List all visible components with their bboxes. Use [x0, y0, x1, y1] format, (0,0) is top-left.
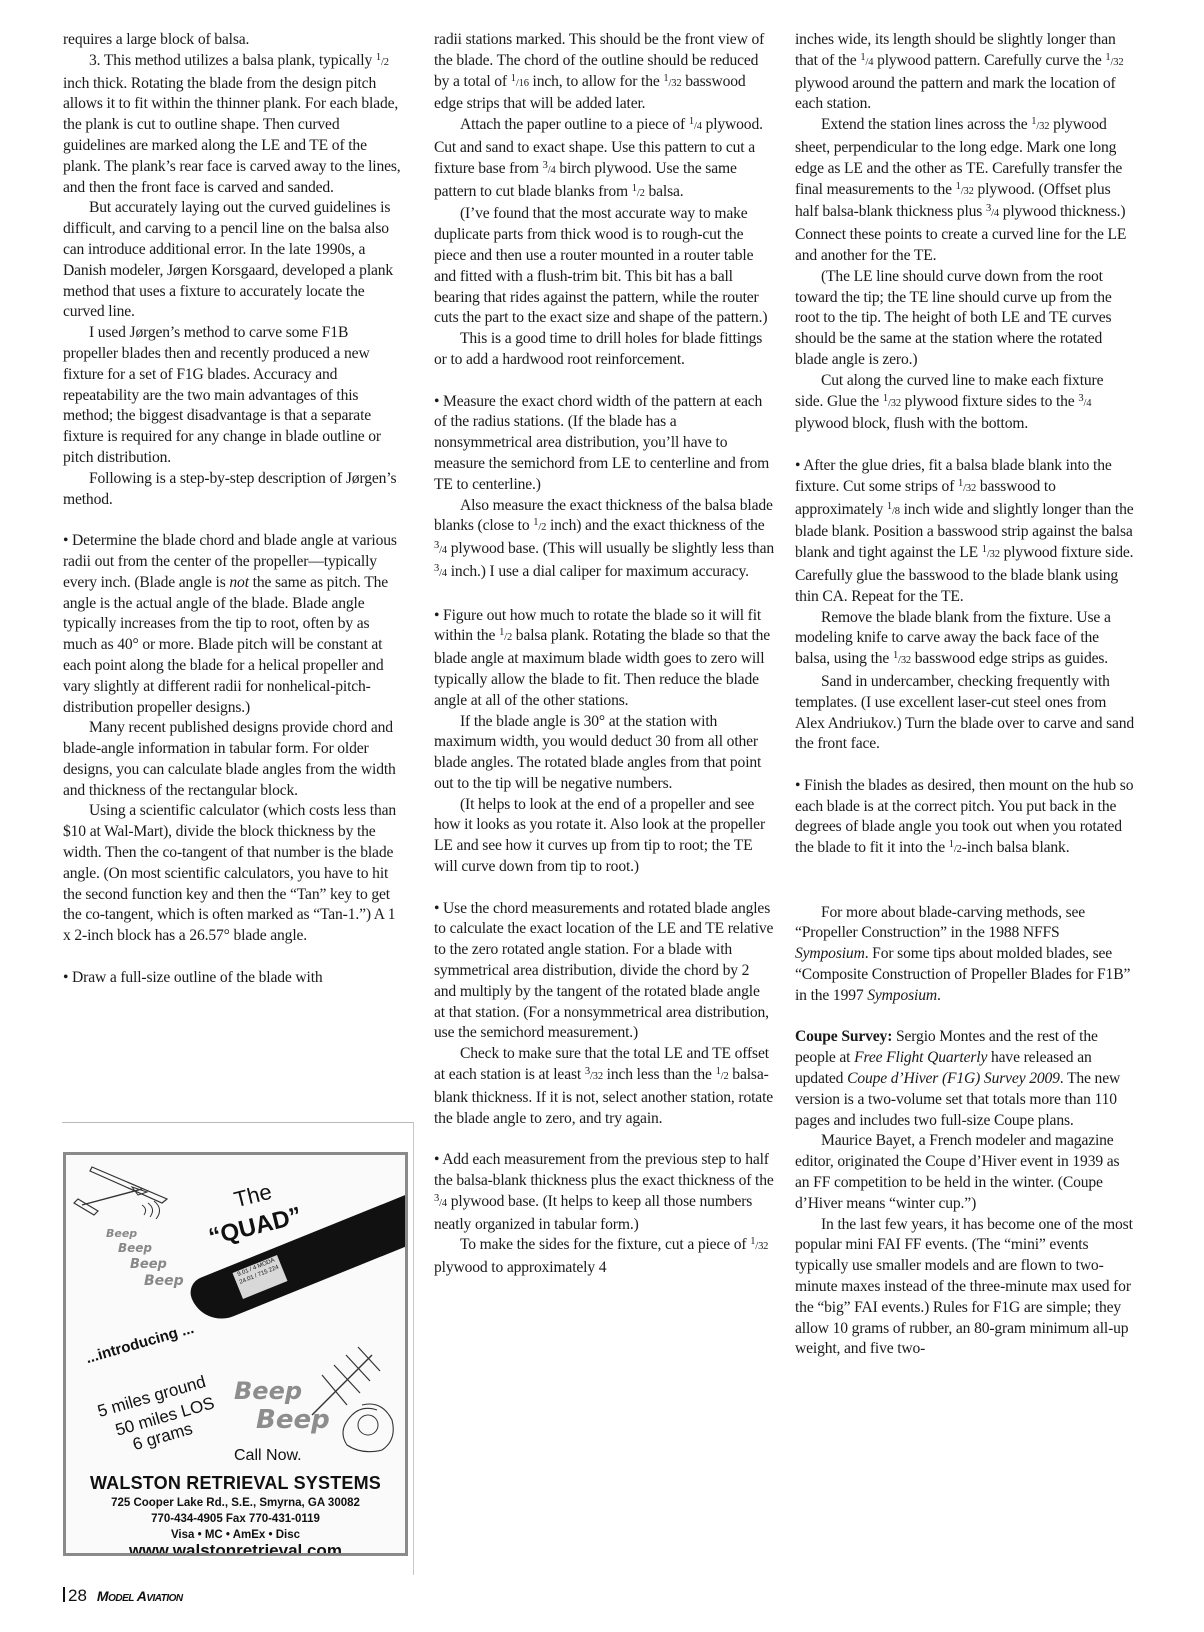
- beep-text: Beep: [118, 1241, 152, 1255]
- ad-payment-methods: Visa • MC • AmEx • Disc: [66, 1529, 405, 1541]
- bullet-paragraph: • Use the chord measurements and rotated…: [434, 899, 774, 1045]
- bullet-paragraph: • Figure out how much to rotate the blad…: [434, 606, 774, 712]
- beep-text: Beep: [130, 1257, 167, 1272]
- paragraph: Also measure the exact thickness of the …: [434, 496, 774, 585]
- ad-headline-the: The: [231, 1179, 274, 1213]
- paragraph: Many recent published designs provide ch…: [63, 718, 403, 801]
- ad-phone: 770-434-4905 Fax 770-431-0119: [66, 1513, 405, 1525]
- ad-company-name: WALSTON RETRIEVAL SYSTEMS: [66, 1473, 405, 1494]
- bullet-paragraph: • Finish the blades as desired, then mou…: [795, 776, 1135, 861]
- paragraph: Following is a step-by-step description …: [63, 469, 403, 511]
- beep-text: Beep: [106, 1227, 137, 1240]
- magazine-name: Model Aviation: [97, 1588, 183, 1604]
- ad-address: 725 Cooper Lake Rd., S.E., Smyrna, GA 30…: [66, 1497, 405, 1509]
- page-footer: 28Model Aviation: [63, 1586, 183, 1606]
- ad-website-link[interactable]: www.walstonretrieval.com: [66, 1541, 405, 1556]
- paragraph: (I’ve found that the most accurate way t…: [434, 204, 774, 329]
- ad-introducing: ...introducing ...: [84, 1320, 196, 1367]
- glider-plane-icon: [72, 1159, 192, 1229]
- paragraph: Remove the blade blank from the fixture.…: [795, 608, 1135, 672]
- paragraph: I used Jørgen’s method to carve some F1B…: [63, 323, 403, 469]
- paragraph: Attach the paper outline to a piece of 1…: [434, 115, 774, 204]
- bullet-paragraph: • Determine the blade chord and blade an…: [63, 531, 403, 718]
- paragraph: Sand in undercamber, checking frequently…: [795, 672, 1135, 755]
- paragraph: But accurately laying out the curved gui…: [63, 198, 403, 323]
- paragraph: (The LE line should curve down from the …: [795, 267, 1135, 371]
- article-column-3: inches wide, its length should be slight…: [795, 30, 1135, 1360]
- paragraph: If the blade angle is 30° at the station…: [434, 712, 774, 795]
- advertisement: Beep Beep Beep Beep The “QUAD” 9.01 / 4 …: [63, 1152, 408, 1556]
- paragraph: This is a good time to drill holes for b…: [434, 329, 774, 371]
- divider-horizontal: [62, 1122, 414, 1123]
- paragraph: Using a scientific calculator (which cos…: [63, 801, 403, 947]
- article-column-1: requires a large block of balsa. 3. This…: [63, 30, 403, 989]
- paragraph: 3. This method utilizes a balsa plank, t…: [63, 51, 403, 199]
- paragraph: (It helps to look at the end of a propel…: [434, 795, 774, 878]
- antenna-hand-icon: [302, 1345, 402, 1455]
- paragraph: To make the sides for the fixture, cut a…: [434, 1235, 774, 1279]
- beep-text-large: Beep: [234, 1377, 302, 1405]
- fraction: 1/2: [376, 57, 389, 68]
- paragraph: requires a large block of balsa.: [63, 30, 403, 51]
- article-column-2: radii stations marked. This should be th…: [434, 30, 774, 1279]
- paragraph: Check to make sure that the total LE and…: [434, 1044, 774, 1129]
- divider-vertical: [413, 1122, 414, 1575]
- folio-bar: [63, 1587, 65, 1602]
- paragraph: Cut along the curved line to make each f…: [795, 371, 1135, 435]
- paragraph: radii stations marked. This should be th…: [434, 30, 774, 115]
- paragraph: For more about blade-carving methods, se…: [795, 903, 1135, 1007]
- paragraph: In the last few years, it has become one…: [795, 1215, 1135, 1361]
- bullet-paragraph: • After the glue dries, fit a balsa blad…: [795, 456, 1135, 608]
- paragraph: inches wide, its length should be slight…: [795, 30, 1135, 115]
- ad-call-now: Call Now.: [234, 1447, 302, 1465]
- section-paragraph: Coupe Survey: Sergio Montes and the rest…: [795, 1027, 1135, 1131]
- page-number: 28: [68, 1586, 87, 1605]
- bullet-paragraph: • Add each measurement from the previous…: [434, 1150, 774, 1235]
- bullet-paragraph: • Measure the exact chord width of the p…: [434, 392, 774, 496]
- section-heading: Coupe Survey:: [795, 1028, 892, 1045]
- beep-text: Beep: [144, 1273, 184, 1289]
- paragraph: Maurice Bayet, a French modeler and maga…: [795, 1131, 1135, 1214]
- paragraph: Extend the station lines across the 1/32…: [795, 115, 1135, 267]
- bullet-paragraph: • Draw a full-size outline of the blade …: [63, 968, 403, 989]
